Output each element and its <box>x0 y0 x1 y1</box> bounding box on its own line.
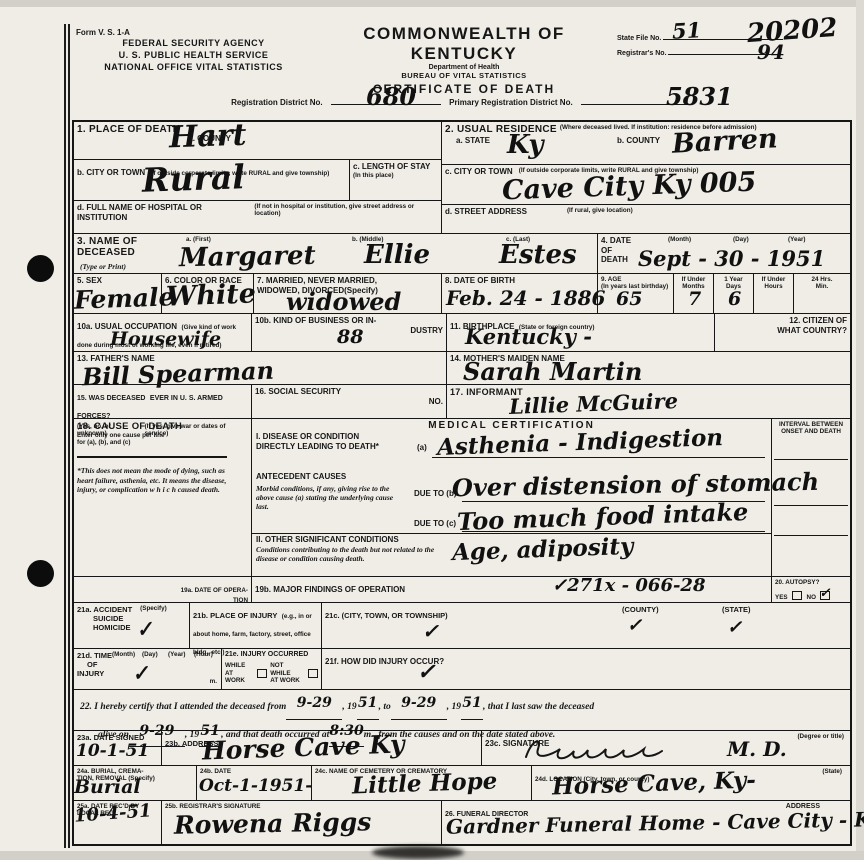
other-conditions-note: Conditions contributing to the death but… <box>256 545 446 564</box>
cause-of-death-stub: 18. CAUSE OF DEATH Enter only one cause … <box>74 419 252 576</box>
residence-state-label: a. STATE <box>456 136 490 146</box>
marital-value: widowed <box>286 290 401 314</box>
cause-of-death-note: Enter only one cause per line for (a), (… <box>77 432 167 446</box>
citizen-section: 12. CITIZEN OF WHAT COUNTRY? <box>715 314 850 351</box>
certify-text-2: , 19 <box>342 702 356 712</box>
physician-signature-degree: M. D. <box>727 739 787 759</box>
interval-label-2: ONSET AND DEATH <box>775 428 847 435</box>
certify-text-4: , 19 <box>447 702 461 712</box>
burial-date-label: 24b. DATE <box>200 768 308 775</box>
date-of-death-section: 4. DATE OF DEATH (Month) (Day) (Year) Se… <box>598 234 850 273</box>
injury-occurred-label: 21e. INJURY OCCURRED <box>225 651 318 659</box>
street-address-label: d. STREET ADDRESS <box>445 207 527 230</box>
physician-address-section: 23b. ADDRESS Horse Cave Ky <box>162 731 482 765</box>
ash-label-3: HOMICIDE <box>93 623 132 632</box>
age-years-section: 9. AGE (In years last birthday) 65 <box>598 274 674 313</box>
age-min-section: 24 Hrs. Min. <box>794 274 850 313</box>
burial-location-section: 24d. LOCATION (City, town, or county) (S… <box>532 766 850 800</box>
agency-line-2: U. S. PUBLIC HEALTH SERVICE <box>76 49 311 61</box>
reg-district-label: Registration District No. <box>231 98 323 107</box>
autopsy-section: 20. AUTOPSY? YES NO ✓ <box>772 577 850 602</box>
toi-m-suffix: m. <box>210 678 217 685</box>
operation-findings-label: 19b. MAJOR FINDINGS OF OPERATION <box>255 585 405 594</box>
stub-divider <box>77 456 227 458</box>
burial-location-state-label: (State) <box>822 768 842 775</box>
accident-suicide-homicide-section: 21a. ACCIDENT SUICIDE HOMICIDE (Specify)… <box>74 603 190 648</box>
county-value: Hart <box>169 121 247 154</box>
while-at-work-checkbox <box>257 669 267 678</box>
age-min-group: 24 Hrs. <box>797 276 847 283</box>
certificate-title: CERTIFICATE OF DEATH <box>311 82 617 96</box>
burial-value: Burial <box>74 778 141 797</box>
death-certificate-scan: Form V. S. 1-A FEDERAL SECURITY AGENCY U… <box>0 0 864 860</box>
toi-day-label: (Day) <box>142 651 158 658</box>
ssn-section: 16. SOCIAL SECURITY NO. <box>252 385 447 418</box>
toi-year-label: (Year) <box>168 651 186 658</box>
injury-occurred-section: 21e. INJURY OCCURRED WHILE ATWORK NOT WH… <box>222 649 322 689</box>
due-to-c-label: DUE TO (c) <box>414 519 456 529</box>
date-of-death-value: Sept - 30 - 1951 <box>638 248 825 269</box>
cause-of-death-footnote: *This does not mean the mode of dying, s… <box>77 466 227 494</box>
length-of-stay-note: (In this place) <box>353 172 438 179</box>
checkmark-icon: ✓ <box>627 617 642 635</box>
while-at-work-label: WHILE ATWORK <box>225 662 254 684</box>
checkmark-icon: ✓ <box>727 619 742 637</box>
birthplace-section: 11. BIRTHPLACE (State or foreign country… <box>447 314 715 351</box>
other-conditions-value: Age, adiposity <box>452 535 634 564</box>
date-of-death-label: 4. DATE <box>601 236 847 246</box>
department-subtitle: Department of Health <box>311 64 617 71</box>
cause-a-value: Asthenia - Indigestion <box>437 426 724 459</box>
antecedent-note: Morbid conditions, if any, giving rise t… <box>256 484 406 512</box>
age-min-label: Min. <box>797 283 847 290</box>
interval-section: INTERVAL BETWEEN ONSET AND DEATH <box>772 419 850 576</box>
mother-name-section: 14. MOTHER'S MAIDEN NAME Sarah Martin <box>447 352 850 384</box>
autopsy-no-checkbox: ✓ <box>820 591 830 600</box>
cause-b-value: Over distension of stomach <box>452 470 819 500</box>
primary-reg-value: 5831 <box>666 85 733 109</box>
dob-value: Feb. 24 - 1886 <box>446 288 605 308</box>
ssn-label: 16. SOCIAL SECURITY <box>255 387 443 397</box>
registration-district-line: Registration District No. Primary Regist… <box>76 98 852 107</box>
autopsy-no-label: NO <box>807 594 816 601</box>
checkmark-icon: ✓ <box>819 587 830 600</box>
race-section: 6. COLOR OR RACE White <box>162 274 254 313</box>
age-hours-section: If Under Hours <box>754 274 794 313</box>
residence-county-label: b. COUNTY <box>617 136 660 146</box>
mother-name-value: Sarah Martin <box>463 360 642 384</box>
certificate-grid: 1. PLACE OF DEATH a. COUNTY Hart b. CITY… <box>72 120 852 846</box>
cause-of-death-heading: 18. CAUSE OF DEATH <box>77 421 248 432</box>
registrar-signature-value: Rowena Riggs <box>174 809 372 837</box>
last-name-value: Estes <box>499 242 577 268</box>
sex-section: 5. SEX Female <box>74 274 162 313</box>
age-months-section: If Under Months 7 <box>674 274 714 313</box>
interval-rule-c <box>774 535 848 536</box>
asḣ-label-1: 21a. ACCIDENT <box>77 605 132 614</box>
ssn-label-2: NO. <box>255 397 443 407</box>
ash-label-2: SUICIDE <box>93 614 132 623</box>
time-of-injury-section: 21d. TIME OF INJURY (Month) (Day) (Year)… <box>74 649 222 689</box>
hospital-label: d. FULL NAME OF HOSPITAL OR INSTITUTION <box>77 203 250 230</box>
residence-state-value: Ky <box>507 132 544 158</box>
date-signed-value: 10-1-51 <box>76 743 149 760</box>
informant-section: 17. INFORMANT Lillie McGuire <box>447 385 850 418</box>
registrar-no-label: Registrar's No. <box>617 50 667 57</box>
certification-statement: 22. I hereby certify that I attended the… <box>74 690 850 730</box>
street-address-note: (If rural, give location) <box>567 207 633 230</box>
industry-value: 88 <box>337 328 363 347</box>
physician-signature-section: 23c. SIGNATURE (Degree or title) M. D. <box>482 731 850 765</box>
time-of-injury-label-2: OF <box>87 660 218 669</box>
attended-from-year: 51 <box>358 695 377 711</box>
date-signed-section: 23a. DATE SIGNED 10-1-51 <box>74 731 162 765</box>
middle-name-value: Ellie <box>364 242 430 268</box>
reg-district-value: 680 <box>366 85 416 109</box>
age-days-group: 1 Year <box>717 276 750 283</box>
form-header: Form V. S. 1-A FEDERAL SECURITY AGENCY U… <box>76 24 852 96</box>
registrar-no-value: 94 <box>757 42 785 62</box>
burial-date-value: Oct-1-1951- <box>199 778 312 795</box>
scan-edge-top <box>0 0 864 7</box>
city-town-value: Rural <box>141 160 245 197</box>
age-days-section: 1 Year Days 6 <box>714 274 754 313</box>
autopsy-yes-label: YES <box>775 594 788 601</box>
dod-year-label: (Year) <box>788 236 806 243</box>
occupation-value: Housewife <box>110 330 221 349</box>
informant-value: Lillie McGuire <box>509 390 679 417</box>
cemetery-section: 24c. NAME OF CEMETERY OR CREMATORY Littl… <box>312 766 532 800</box>
interval-rule-b <box>774 505 848 506</box>
autopsy-label: 20. AUTOPSY? <box>775 579 847 586</box>
state-file-number-left: 51 <box>671 19 701 42</box>
registrar-signature-section: 25b. REGISTRAR'S SIGNATURE Rowena Riggs <box>162 801 442 844</box>
marital-section: 7. MARRIED, NEVER MARRIED, WIDOWED, DIVO… <box>254 274 442 313</box>
residence-county-value: Barren <box>671 125 778 157</box>
burial-label: 24a. BURIAL, CREMA- <box>77 768 193 775</box>
not-while-at-work-label: NOT WHILEAT WORK <box>270 662 305 684</box>
dob-label: 8. DATE OF BIRTH <box>445 276 594 286</box>
age-months-group: If Under <box>677 276 710 283</box>
date-of-operation-section: 19a. DATE OF OPERA- TION <box>74 577 252 602</box>
type-or-print-note: (Type or Print) <box>80 262 126 271</box>
bureau-subtitle: BUREAU OF VITAL STATISTICS <box>311 71 617 80</box>
certify-text-3: , to <box>379 702 391 712</box>
birthplace-value: Kentucky - <box>465 326 592 347</box>
attended-from-value: 9-29 <box>297 695 332 711</box>
hole-punch-icon <box>27 255 54 282</box>
form-number: Form V. S. 1-A <box>76 28 311 37</box>
date-received-section: 25a. DATE REC'D BY LOCAL REG. 10-4-51 <box>74 801 162 844</box>
place-of-death-section: 1. PLACE OF DEATH a. COUNTY Hart b. CITY… <box>74 122 442 233</box>
not-while-at-work-checkbox <box>308 669 318 678</box>
due-to-b-label: DUE TO (b) <box>414 489 457 499</box>
armed-forces-label: 15. WAS DECEASED <box>77 395 145 402</box>
physician-address-value: Horse Cave Ky <box>202 731 405 763</box>
funeral-director-section: 26. FUNERAL DIRECTOR ADDRESS Gardner Fun… <box>442 801 850 844</box>
age-hours-group: If Under <box>757 276 790 283</box>
line-a-tag: (a) <box>417 443 427 453</box>
age-months-value: 7 <box>688 290 701 309</box>
checkmark-icon: ✓ <box>417 661 435 683</box>
operation-findings-section: 19b. MAJOR FINDINGS OF OPERATION ✓271x -… <box>252 577 772 602</box>
race-value: White <box>166 280 257 310</box>
certify-text-5: , that I last saw the deceased <box>483 702 594 712</box>
primary-reg-label: Primary Registration District No. <box>449 98 573 107</box>
how-injury-occurred-section: 21f. HOW DID INJURY OCCUR? ✓ <box>322 649 850 689</box>
father-name-section: 13. FATHER'S NAME Bill Spearman <box>74 352 447 384</box>
dod-day-label: (Day) <box>733 236 749 243</box>
dod-month-label: (Month) <box>668 236 691 243</box>
physician-signature-scribble <box>522 735 722 763</box>
length-of-stay-label: c. LENGTH OF STAY <box>353 162 438 172</box>
burial-section: 24a. BURIAL, CREMA- TION, REMOVAL (Speci… <box>74 766 197 800</box>
medical-certification-section: MEDICAL CERTIFICATION I. DISEASE OR COND… <box>252 419 772 576</box>
interval-rule-a <box>774 459 848 460</box>
attended-to-value: 9-29 <box>401 695 436 711</box>
place-of-death-heading: 1. PLACE OF DEATH <box>77 124 180 157</box>
injury-location-section: 21c. (CITY, TOWN, OR TOWNSHIP) (COUNTY) … <box>322 603 850 648</box>
name-of-deceased-section: 3. NAME OF DECEASED (Type or Print) a. (… <box>74 234 598 273</box>
toi-hour-label: (Hour) <box>194 651 213 658</box>
residence-city-value: Cave City Ky 005 <box>502 169 757 205</box>
injury-state-label: (STATE) <box>722 605 750 614</box>
certify-text-1: 22. I hereby certify that I attended the… <box>80 702 286 712</box>
checkmark-icon: ✓ <box>131 662 150 684</box>
citizen-label: 12. CITIZEN OF <box>718 316 847 326</box>
state-file-label: State File No. <box>617 35 661 42</box>
burial-location-value: Horse Cave, Ky- <box>552 768 757 798</box>
burial-date-section: 24b. DATE Oct-1-1951- <box>197 766 312 800</box>
age-label: 9. AGE <box>601 276 670 283</box>
age-hours-label: Hours <box>757 283 790 290</box>
left-double-rule <box>64 24 70 848</box>
injury-county-label: (COUNTY) <box>622 605 659 614</box>
agency-line-3: NATIONAL OFFICE VITAL STATISTICS <box>76 61 311 73</box>
operation-date-label: 19a. DATE OF OPERA- <box>181 587 248 594</box>
cause-c-value: Too much food intake <box>457 500 749 534</box>
scan-smudge <box>372 846 464 859</box>
usual-residence-section: 2. USUAL RESIDENCE (Where deceased lived… <box>442 122 850 233</box>
citizen-label-2: WHAT COUNTRY? <box>718 326 847 336</box>
commonwealth-title: COMMONWEALTH OF KENTUCKY <box>311 24 617 64</box>
toi-month-label: (Month) <box>112 651 135 658</box>
checkmark-icon: ✓ <box>422 621 439 641</box>
sex-value: Female <box>74 284 175 312</box>
degree-or-title-note: (Degree or title) <box>797 733 844 740</box>
age-years-value: 65 <box>616 290 642 309</box>
marital-label: 7. MARRIED, NEVER MARRIED, <box>257 276 438 286</box>
industry-section: 10b. KIND OF BUSINESS OR IN- DUSTRY 88 <box>252 314 447 351</box>
place-of-injury-label: 21b. PLACE OF INJURY <box>193 611 277 620</box>
industry-label: 10b. KIND OF BUSINESS OR IN- <box>255 316 443 326</box>
age-days-value: 6 <box>728 290 741 309</box>
father-name-value: Bill Spearman <box>82 359 275 390</box>
occupation-section: 10a. USUAL OCCUPATION (Give kind of work… <box>74 314 252 351</box>
operation-findings-value: ✓271x - 066-28 <box>552 577 705 595</box>
first-name-value: Margaret <box>179 243 316 271</box>
hole-punch-icon <box>27 560 54 587</box>
interval-label-1: INTERVAL BETWEEN <box>775 421 847 428</box>
scan-edge-right <box>856 0 864 860</box>
funeral-director-value: Gardner Funeral Home - Cave City - Ky <box>446 809 864 837</box>
autopsy-yes-checkbox <box>792 591 802 600</box>
date-of-birth-section: 8. DATE OF BIRTH Feb. 24 - 1886 <box>442 274 598 313</box>
place-of-injury-section: 21b. PLACE OF INJURY (e.g., in or about … <box>190 603 322 648</box>
cemetery-value: Little Hope <box>352 769 498 797</box>
agency-line-1: FEDERAL SECURITY AGENCY <box>76 37 311 49</box>
checkmark-icon: ✓ <box>134 618 154 641</box>
city-town-label: b. CITY OR TOWN <box>77 168 145 177</box>
hospital-note: (If not in hospital or institution, give… <box>254 203 438 230</box>
attended-to-year: 51 <box>462 695 481 711</box>
date-received-value: 10-4-51 <box>73 802 152 825</box>
